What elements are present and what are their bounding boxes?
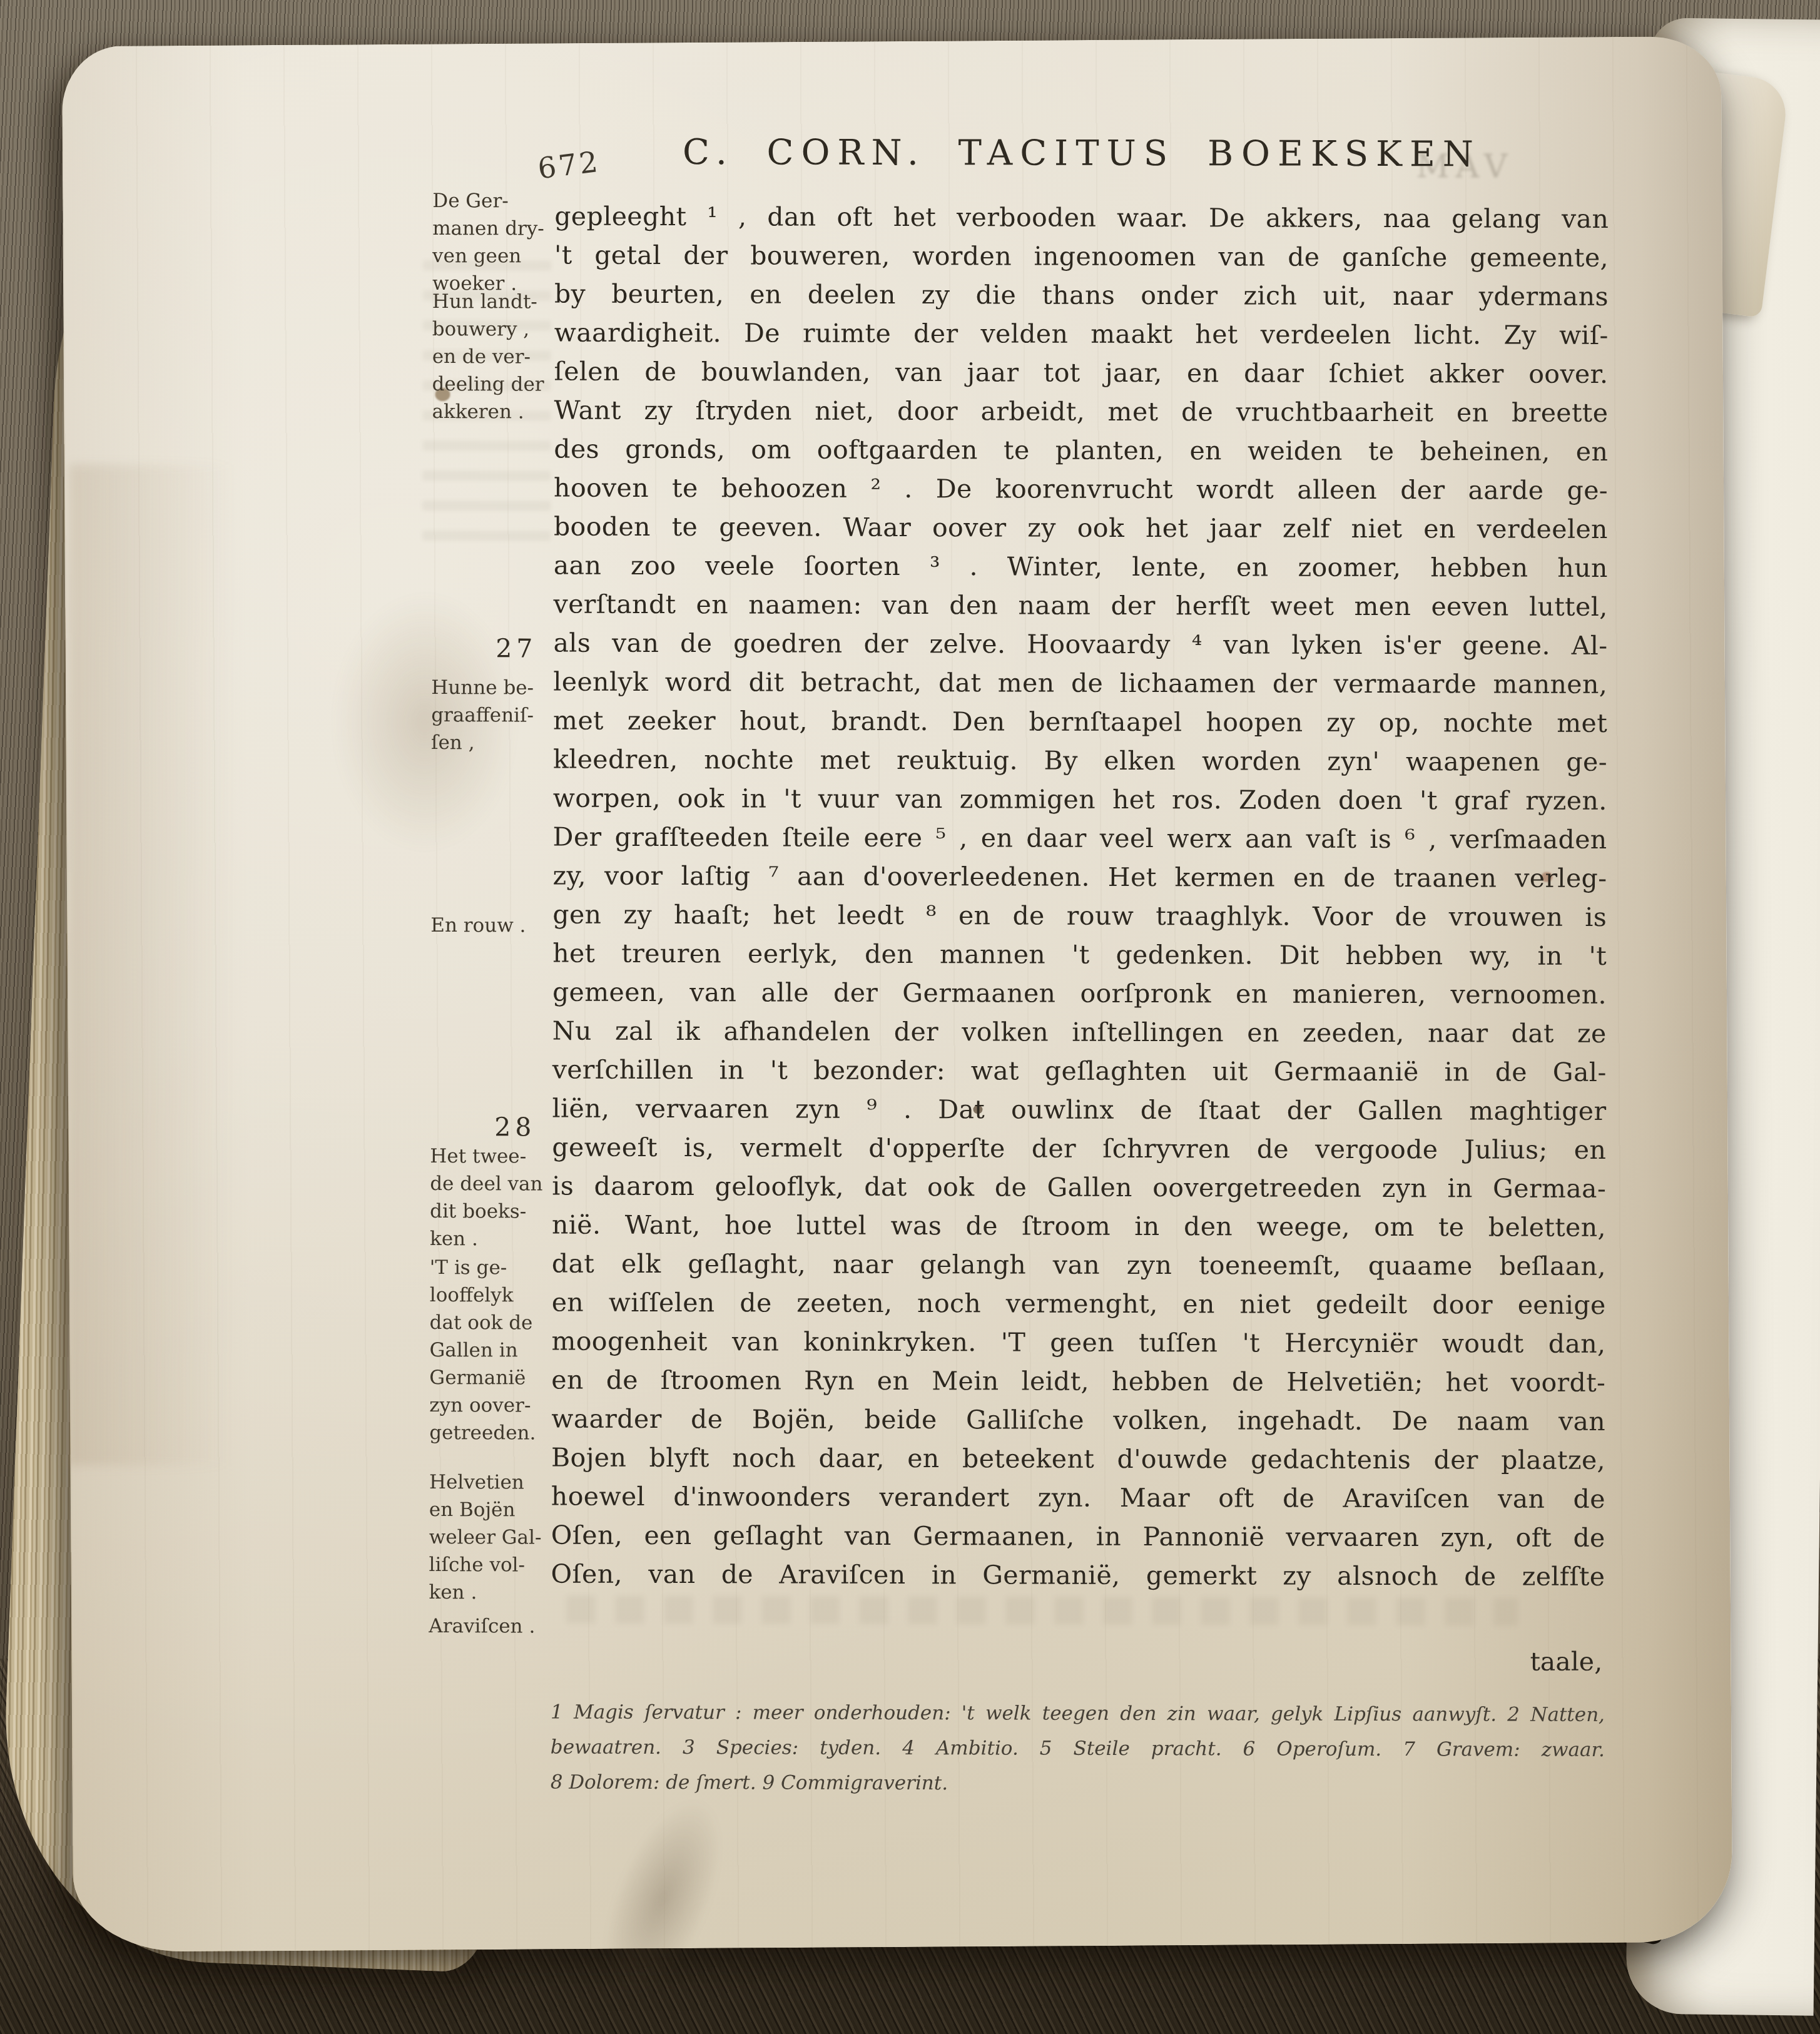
text-line: verſchillen in 't bezonder: wat geſlaght… <box>552 1050 1607 1092</box>
text-line: hooven te behoozen ² . De koorenvrucht w… <box>554 469 1608 510</box>
text-line: hoewel d'inwoonders verandert zyn. Maar … <box>551 1477 1605 1518</box>
text-line: booden te geeven. Waar oover zy ook het … <box>554 507 1608 549</box>
text-line: ſelen de bouwlanden, van jaar tot jaar, … <box>554 352 1609 394</box>
text-line: by beurten, en deelen zy die thans onder… <box>554 275 1609 316</box>
margin-note-en-rouw: En rouw . <box>430 912 552 940</box>
margin-note-line: de deel van <box>430 1170 552 1198</box>
margin-note-line: De Ger- <box>432 187 554 215</box>
margin-note-line: Araviſcen . <box>429 1612 551 1640</box>
margin-note-gelooffelyk: 'T is ge-looffelykdat ook deGallen inGer… <box>429 1254 552 1447</box>
margin-note-tweede-deel: Het twee-de deel vandit boeks-ken . <box>430 1142 552 1253</box>
text-line: geweeſt is, vermelt d'opperſte der ſchry… <box>552 1128 1606 1169</box>
margin-note-line: En rouw . <box>430 912 552 940</box>
text-line: met zeeker hout, brandt. Den bernſtaapel… <box>553 701 1607 743</box>
margin-note-line: getreeden. <box>429 1419 551 1447</box>
text-line: Bojen blyft noch daar, en beteekent d'ou… <box>551 1438 1605 1480</box>
text-line: kleedren, nochte met reuktuig. By elken … <box>553 740 1607 781</box>
footnote-line: 8 Dolorem: de ſmert. 9 Commigraverint. <box>551 1765 1605 1803</box>
text-line: waarder de Bojën, beide Galliſche volken… <box>551 1400 1605 1441</box>
text-line: Oſen, een geſlaght van Germaanen, in Pan… <box>551 1516 1605 1557</box>
margin-notes-column: De Ger-manen dry-ven geenwoeker . Hun la… <box>432 196 554 197</box>
text-line: Der grafſteeden ſteile eere ⁵ , en daar … <box>553 818 1607 859</box>
margin-note-line: weleer Gal- <box>429 1523 551 1552</box>
margin-note-helvetien-bojen: Helvetienen Bojënweleer Gal-liſche vol-k… <box>429 1468 551 1607</box>
section-number-27: 27 <box>496 634 537 662</box>
book-page: MAV 672 C. CORN. TACITUS BOEKSKEN De Ger… <box>62 36 1733 1952</box>
margin-note-line: dat ook de <box>430 1309 552 1337</box>
margin-note-line: graaffeniſ- <box>431 701 553 730</box>
text-line: gepleeght ¹ , dan oft het verbooden waar… <box>554 197 1609 238</box>
margin-note-line: zyn oover- <box>429 1391 551 1420</box>
text-line: des gronds, om ooftgaarden te planten, e… <box>554 430 1608 471</box>
main-text-column: gepleeght ¹ , dan oft het verbooden waar… <box>551 197 1609 1803</box>
stain <box>66 465 275 1467</box>
text-line: Want zy ſtryden niet, door arbeidt, met … <box>554 391 1608 432</box>
text-line: en de ſtroomen Ryn en Mein leidt, hebben… <box>551 1361 1605 1402</box>
text-line: moogenheit van koninkryken. 'T geen tuſſ… <box>551 1322 1605 1363</box>
margin-note-line: akkeren . <box>432 398 554 426</box>
section-number-28: 28 <box>494 1113 536 1141</box>
text-line: als van de goedren der zelve. Hoovaardy … <box>553 624 1607 665</box>
text-line: gen zy haaſt; het leedt ⁸ en de rouw tra… <box>552 895 1607 937</box>
body-text: gepleeght ¹ , dan oft het verbooden waar… <box>551 197 1609 1596</box>
text-line: leenlyk word dit betracht, dat men de li… <box>553 663 1607 704</box>
margin-note-germanen-woeker: De Ger-manen dry-ven geenwoeker . <box>432 187 554 298</box>
text-line: is daarom gelooflyk, dat ook de Gallen o… <box>552 1167 1606 1208</box>
text-line: zy, voor laſtig ⁷ aan d'ooverleedenen. H… <box>552 857 1607 898</box>
margin-note-line: en Bojën <box>429 1496 551 1524</box>
margin-note-line: Germanië <box>429 1364 551 1392</box>
footnote-line: bewaatren. 3 Species: tyden. 4 Ambitio. … <box>551 1730 1605 1767</box>
text-line: nië. Want, hoe luttel was de ſtroom in d… <box>552 1206 1606 1247</box>
text-line: verſtandt en naamen: van den naam der he… <box>554 585 1608 626</box>
text-line: het treuren eerlyk, den mannen 't gedenk… <box>552 934 1607 975</box>
margin-note-landtbouwery: Hun landt-bouwery ,en de ver-deeling der… <box>432 288 554 426</box>
footnotes-block: 1 Magis ſervatur : meer onderhouden: 't … <box>551 1695 1605 1803</box>
margin-note-line: Gallen in <box>429 1336 551 1365</box>
margin-note-araviscen: Araviſcen . <box>429 1612 551 1640</box>
margin-note-line: liſche vol- <box>429 1551 551 1579</box>
margin-note-line: Helvetien <box>429 1468 551 1497</box>
catchword: taale, <box>551 1640 1605 1681</box>
margin-note-line: ken . <box>430 1225 552 1253</box>
text-line: waardigheit. De ruimte der velden maakt … <box>554 313 1609 355</box>
margin-note-line: looffelyk <box>430 1281 552 1309</box>
margin-note-line: en de ver- <box>432 343 554 371</box>
margin-note-begraaffenissen: Hunne be-graaffeniſ-ſen , <box>431 674 553 757</box>
text-line: 't getal der bouweren, worden ingenoomen… <box>554 236 1609 277</box>
margin-note-line: Hun landt- <box>432 288 554 316</box>
text-line: gemeen, van alle der Germaanen oorſpronk… <box>552 973 1607 1014</box>
text-line: worpen, ook in 't vuur van zommigen het … <box>553 779 1607 820</box>
text-line: Oſen, van de Araviſcen in Germanië, geme… <box>551 1555 1605 1596</box>
text-line: en wiſſelen de zeeten, noch vermenght, e… <box>552 1283 1606 1325</box>
running-header: C. CORN. TACITUS BOEKSKEN <box>554 132 1609 175</box>
margin-note-line: Het twee- <box>430 1142 552 1171</box>
text-line: Nu zal ik afhandelen der volken inſtelli… <box>552 1012 1607 1053</box>
margin-note-line: manen dry- <box>432 215 554 243</box>
footnote-line: 1 Magis ſervatur : meer onderhouden: 't … <box>551 1695 1605 1732</box>
margin-note-line: Hunne be- <box>431 674 553 702</box>
margin-note-line: 'T is ge- <box>430 1254 552 1282</box>
margin-note-line: ſen , <box>431 729 553 757</box>
margin-note-line: ken . <box>429 1579 551 1607</box>
margin-note-line: dit boeks- <box>430 1198 552 1226</box>
margin-note-line: bouwery , <box>432 315 554 343</box>
margin-note-line: deeling der <box>432 370 554 399</box>
text-line: aan zoo veele ſoorten ³ . Winter, lente,… <box>554 546 1608 587</box>
page-sheet: MAV 672 C. CORN. TACITUS BOEKSKEN De Ger… <box>65 39 1729 1950</box>
text-line: dat elk geſlaght, naar gelangh van zyn t… <box>552 1244 1606 1286</box>
text-line: liën, vervaaren zyn ⁹ . Dat ouwlinx de ſ… <box>552 1089 1606 1131</box>
margin-note-line: ven geen <box>432 242 554 270</box>
